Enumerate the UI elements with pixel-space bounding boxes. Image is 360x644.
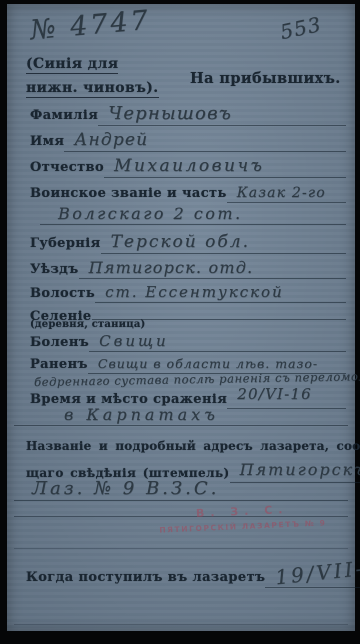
field-village-sublabel: (деревня, станица)	[30, 319, 145, 330]
field-value: Андрей	[74, 130, 148, 150]
color-note-line1: (Синія для	[26, 56, 118, 72]
lazaret-label-line1: Названіе и подробный адресъ лазарета, со…	[26, 439, 360, 453]
lazaret-name: Лаз. № 9 В.З.С.	[32, 478, 219, 499]
ruled-line	[14, 548, 348, 549]
field-label: Когда поступилъ въ лазаретъ	[26, 570, 265, 585]
field-rank-unit: Воинское званіе и часть Казак 2-го	[30, 182, 346, 203]
lazaret-city: Пятигорскъ	[240, 460, 360, 479]
field-label: Волость	[30, 286, 95, 301]
field-first-name: Имя Андрей	[30, 130, 346, 152]
field-label: Имя	[30, 134, 64, 149]
field-label: Фамилія	[30, 108, 98, 123]
field-label: Уѣздъ	[30, 262, 79, 277]
field-rank-unit-line2: Волгскаго 2 сот.	[40, 204, 346, 225]
field-surname: Фамилія Чернышовъ	[30, 103, 346, 126]
field-sick: Боленъ Свищи	[30, 331, 346, 352]
ruled-line	[14, 624, 348, 625]
photograph-of-card: № 4747 553 (Синія для нижн. чиновъ). На …	[0, 0, 360, 644]
field-province: Губернія Терской обл.	[30, 232, 346, 254]
field-label: Губернія	[30, 236, 101, 251]
field-battle-line2: в Карпатахъ	[14, 405, 348, 426]
field-label: Отчество	[30, 160, 104, 175]
field-value: Чернышовъ	[108, 103, 232, 124]
field-value: 20/VI-16	[237, 385, 312, 403]
field-value: в Карпатахъ	[64, 405, 219, 424]
field-value: Волгскаго 2 сот.	[58, 204, 243, 223]
field-value: Пятигорск. отд.	[89, 258, 254, 277]
field-patronymic: Отчество Михаиловичъ	[30, 156, 346, 178]
card-title: На прибывшихъ.	[190, 70, 341, 87]
color-note-line2: нижн. чиновъ).	[26, 80, 159, 96]
field-value: Свищи в области лѣв. тазо-	[98, 356, 318, 371]
field-label: Раненъ	[30, 357, 88, 372]
field-label: Боленъ	[30, 335, 89, 350]
field-admission: Когда поступилъ въ лазаретъ 19/VII-17	[26, 562, 346, 588]
field-value: Михаиловичъ	[114, 156, 264, 176]
field-label: Воинское званіе и часть	[30, 186, 227, 201]
field-value: Свищи	[99, 332, 169, 350]
field-volost: Волость ст. Ессентукской	[30, 282, 346, 303]
field-district: Уѣздъ Пятигорск. отд.	[30, 258, 346, 279]
field-value: Казак 2-го	[237, 185, 326, 201]
field-value: Терской обл.	[111, 232, 250, 252]
lazaret-name-row: Лаз. № 9 В.З.С.	[14, 478, 348, 501]
field-value: ст. Ессентукской	[105, 283, 284, 301]
